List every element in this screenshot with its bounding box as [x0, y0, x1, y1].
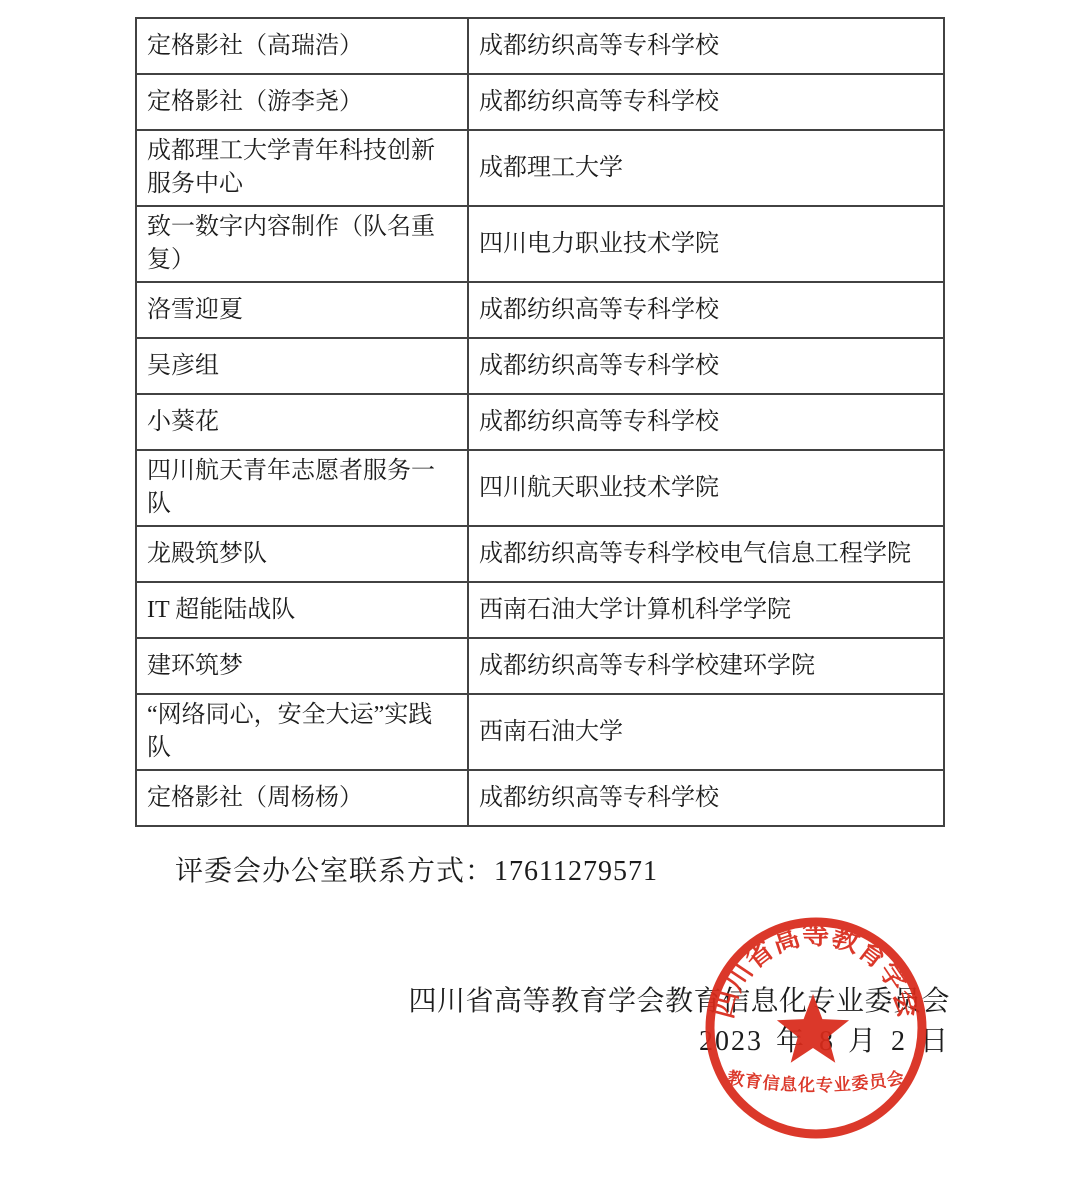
table-row: 定格影社（周杨杨） 成都纺织高等专科学校 — [136, 770, 944, 826]
table-row: 成都理工大学青年科技创新服务中心 成都理工大学 — [136, 130, 944, 206]
results-table: 定格影社（高瑞浩） 成都纺织高等专科学校 定格影社（游李尧） 成都纺织高等专科学… — [135, 17, 945, 827]
team-cell: 吴彦组 — [136, 338, 468, 394]
team-cell: 致一数字内容制作（队名重复） — [136, 206, 468, 282]
team-cell: 龙殿筑梦队 — [136, 526, 468, 582]
school-cell: 成都纺织高等专科学校 — [468, 18, 944, 74]
team-cell: 定格影社（周杨杨） — [136, 770, 468, 826]
team-cell: 成都理工大学青年科技创新服务中心 — [136, 130, 468, 206]
signature-org-line: 四川省高等教育学会教育信息化专业委员会 — [0, 982, 950, 1022]
table-row: 建环筑梦 成都纺织高等专科学校建环学院 — [136, 638, 944, 694]
signature-block: 四川省高等教育学会教育信息化专业委员会 2023 年 8 月 2 日 — [0, 982, 950, 1062]
school-cell: 西南石油大学计算机科学学院 — [468, 582, 944, 638]
school-cell: 西南石油大学 — [468, 694, 944, 770]
school-cell: 四川航天职业技术学院 — [468, 450, 944, 526]
document-page: 定格影社（高瑞浩） 成都纺织高等专科学校 定格影社（游李尧） 成都纺织高等专科学… — [0, 0, 1080, 1184]
table-row: IT 超能陆战队 西南石油大学计算机科学学院 — [136, 582, 944, 638]
seal-bottom-text: 教育信息化专业委员会 — [726, 1067, 906, 1095]
team-cell: 四川航天青年志愿者服务一队 — [136, 450, 468, 526]
team-cell: IT 超能陆战队 — [136, 582, 468, 638]
team-cell: 洛雪迎夏 — [136, 282, 468, 338]
table-row: 小葵花 成都纺织高等专科学校 — [136, 394, 944, 450]
team-cell: “网络同心，安全大运”实践队 — [136, 694, 468, 770]
table-row: 四川航天青年志愿者服务一队 四川航天职业技术学院 — [136, 450, 944, 526]
team-cell: 定格影社（游李尧） — [136, 74, 468, 130]
table-row: “网络同心，安全大运”实践队 西南石油大学 — [136, 694, 944, 770]
table-row: 龙殿筑梦队 成都纺织高等专科学校电气信息工程学院 — [136, 526, 944, 582]
team-cell: 定格影社（高瑞浩） — [136, 18, 468, 74]
contact-line: 评委会办公室联系方式：17611279571 — [175, 849, 658, 889]
team-cell: 建环筑梦 — [136, 638, 468, 694]
school-cell: 成都纺织高等专科学校电气信息工程学院 — [468, 526, 944, 582]
school-cell: 成都纺织高等专科学校建环学院 — [468, 638, 944, 694]
table-row: 致一数字内容制作（队名重复） 四川电力职业技术学院 — [136, 206, 944, 282]
school-cell: 成都纺织高等专科学校 — [468, 770, 944, 826]
school-cell: 四川电力职业技术学院 — [468, 206, 944, 282]
team-cell: 小葵花 — [136, 394, 468, 450]
school-cell: 成都纺织高等专科学校 — [468, 394, 944, 450]
school-cell: 成都纺织高等专科学校 — [468, 282, 944, 338]
signature-date-line: 2023 年 8 月 2 日 — [0, 1022, 950, 1062]
table-row: 洛雪迎夏 成都纺织高等专科学校 — [136, 282, 944, 338]
table-row: 定格影社（游李尧） 成都纺织高等专科学校 — [136, 74, 944, 130]
table-row: 定格影社（高瑞浩） 成都纺织高等专科学校 — [136, 18, 944, 74]
table-row: 吴彦组 成都纺织高等专科学校 — [136, 338, 944, 394]
school-cell: 成都理工大学 — [468, 130, 944, 206]
school-cell: 成都纺织高等专科学校 — [468, 74, 944, 130]
svg-text:教育信息化专业委员会: 教育信息化专业委员会 — [726, 1067, 906, 1095]
school-cell: 成都纺织高等专科学校 — [468, 338, 944, 394]
